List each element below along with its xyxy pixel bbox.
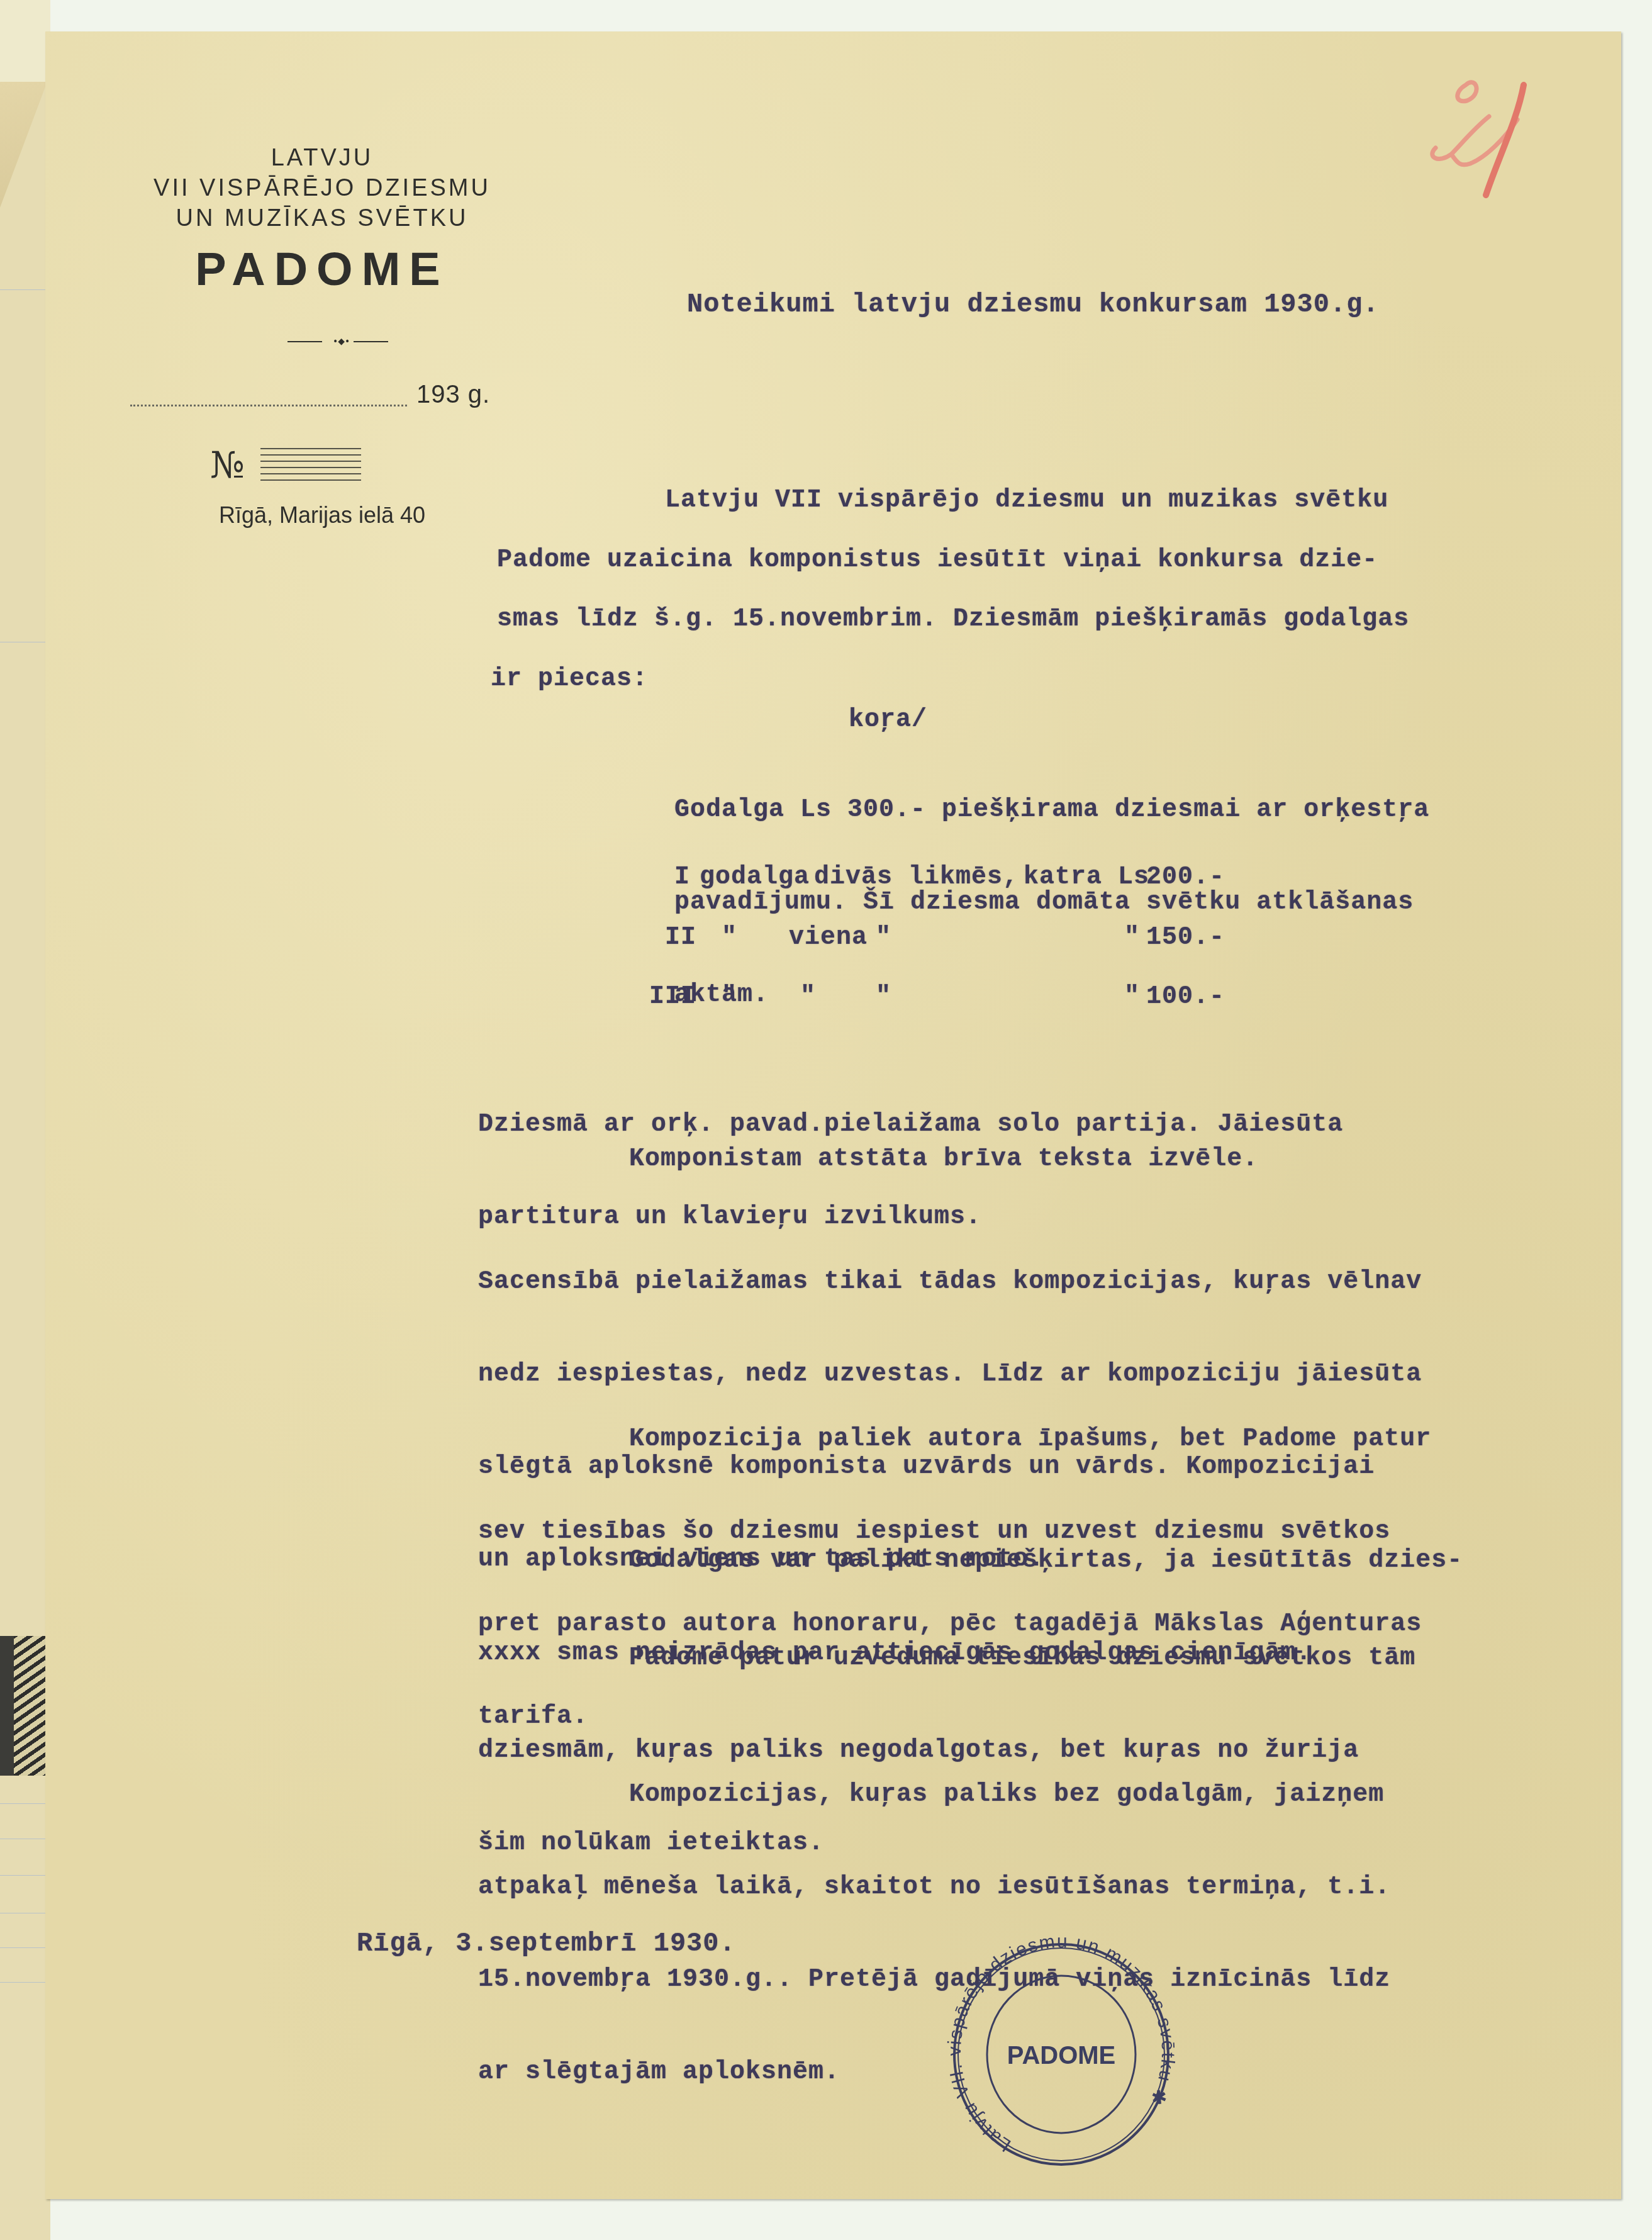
prize-row-3-each: " — [876, 983, 891, 1011]
prize-row-2-amount: 150.- — [1146, 924, 1225, 952]
intro-line-2: Padome uzaicina komponistus iesūtīt viņa… — [497, 546, 1378, 574]
paragraph-line: 15.novembŗa 1930.g.. Pretējā gadījumā vi… — [478, 1964, 1390, 1995]
stamp-center-text: PADOME — [1007, 2042, 1116, 2069]
paragraph-line: Godalgas var palikt nepiešķirtas, ja ies… — [478, 1545, 1463, 1576]
prize-row-2-count: viena — [789, 924, 868, 952]
prize-row-1-amount: 200.- — [1146, 863, 1225, 892]
prize-row-2-rank: II — [665, 924, 696, 952]
letterhead-ornament: •◆• — [287, 339, 388, 345]
ruled-line — [0, 1913, 48, 1913]
date-dotted-line — [130, 405, 407, 406]
paragraph-line: Dziesmā ar orķ. pavad.pielaižama solo pa… — [478, 1109, 1343, 1140]
paragraph-line: atpakaļ mēneša laikā, skaitot no iesūtīš… — [478, 1872, 1390, 1903]
letterhead-title: PADOME — [127, 242, 517, 296]
prize-row-1-rank: I — [674, 863, 690, 892]
paragraph-line: Sacensībā pielaižamas tikai tādas kompoz… — [478, 1267, 1422, 1297]
ruled-line — [0, 1839, 48, 1839]
underlying-sheet-top — [0, 0, 50, 83]
main-prize-line: pavadījumu. Šī dziesma domāta svētku atk… — [674, 887, 1429, 918]
paragraph-text-choice: Komponistam atstāta brīva teksta izvēle. — [629, 1145, 1258, 1173]
prize-row-3-count: " — [800, 983, 816, 1011]
prize-row-3-amount: 100.- — [1146, 983, 1225, 1011]
prize-row-3-rank: III — [649, 983, 696, 1011]
prize-row-1-label: godalga — [700, 863, 810, 892]
official-stamp: Latvju VII. vispārējo dziesmu un muzikas… — [942, 1932, 1181, 2177]
place-date: Rīgā, 3.septembrī 1930. — [357, 1929, 736, 1959]
dark-underlay-strip — [0, 1636, 14, 1776]
prize-row-1-count: divās likmēs, — [814, 863, 1019, 892]
prize-row-2-label: " — [722, 924, 737, 952]
handwritten-insertion: koŗa/ — [849, 706, 927, 734]
prize-row-3-currency: " — [1124, 983, 1140, 1011]
letterhead-line-3: UN MUZĪKAS SVĒTKU — [127, 205, 517, 232]
prize-row-3-label: " — [722, 983, 737, 1011]
main-prize-text: Godalga Ls 300.- piešķirama dziesmai ar … — [674, 733, 1429, 1072]
prize-row-1-each: katra Ls — [1024, 863, 1149, 892]
prize-row-2-each: " — [876, 924, 891, 952]
main-prize-line: aktam. — [674, 980, 1429, 1011]
paragraph-line: Kompozicijas, kuŗas paliks bez godalgām,… — [478, 1779, 1390, 1810]
ruled-line — [0, 289, 48, 290]
number-sign-icon: № — [210, 444, 245, 486]
underlying-sheet — [0, 0, 50, 2240]
document-title: Noteikumi latvju dziesmu konkursam 1930.… — [687, 289, 1380, 320]
ruled-line — [0, 1875, 48, 1876]
letterhead-address: Rīgā, Marijas ielā 40 — [127, 502, 517, 529]
prize-row-2-currency: " — [1124, 924, 1140, 952]
ruled-line — [0, 642, 48, 642]
intro-line-4: ir piecas: — [491, 665, 648, 693]
paragraph-line: Kompozicija paliek autora īpašums, bet P… — [478, 1424, 1431, 1455]
page-number-annotation: 21 — [1423, 69, 1536, 220]
document-page: 21 LATVJU VII VISPĀRĒJO DZIESMU UN MUZĪK… — [45, 31, 1621, 2199]
main-prize-line: Godalga Ls 300.- piešķirama dziesmai ar … — [674, 795, 1429, 826]
diamond-ornament-icon: •◆• — [333, 339, 350, 345]
letterhead-line-1: LATVJU — [127, 145, 517, 172]
intro-line-3: smas līdz š.g. 15.novembrim. Dziesmām pi… — [497, 605, 1409, 634]
letterhead-year-field: 193 g. — [416, 381, 490, 409]
ruled-line — [0, 1803, 48, 1804]
intro-line-1: Latvju VII vispārējo dziesmu un muzikas … — [665, 486, 1388, 515]
paragraph-line: Padome patur uzveduma tiesības dziesmu s… — [478, 1643, 1415, 1674]
ruled-line — [0, 1982, 48, 1983]
letterhead-line-2: VII VISPĀRĒJO DZIESMU — [127, 175, 517, 202]
number-field-lines — [260, 448, 361, 486]
ruled-line — [0, 1947, 48, 1948]
paragraph-line: ar slēgtajām aploksnēm. — [478, 2057, 1390, 2088]
